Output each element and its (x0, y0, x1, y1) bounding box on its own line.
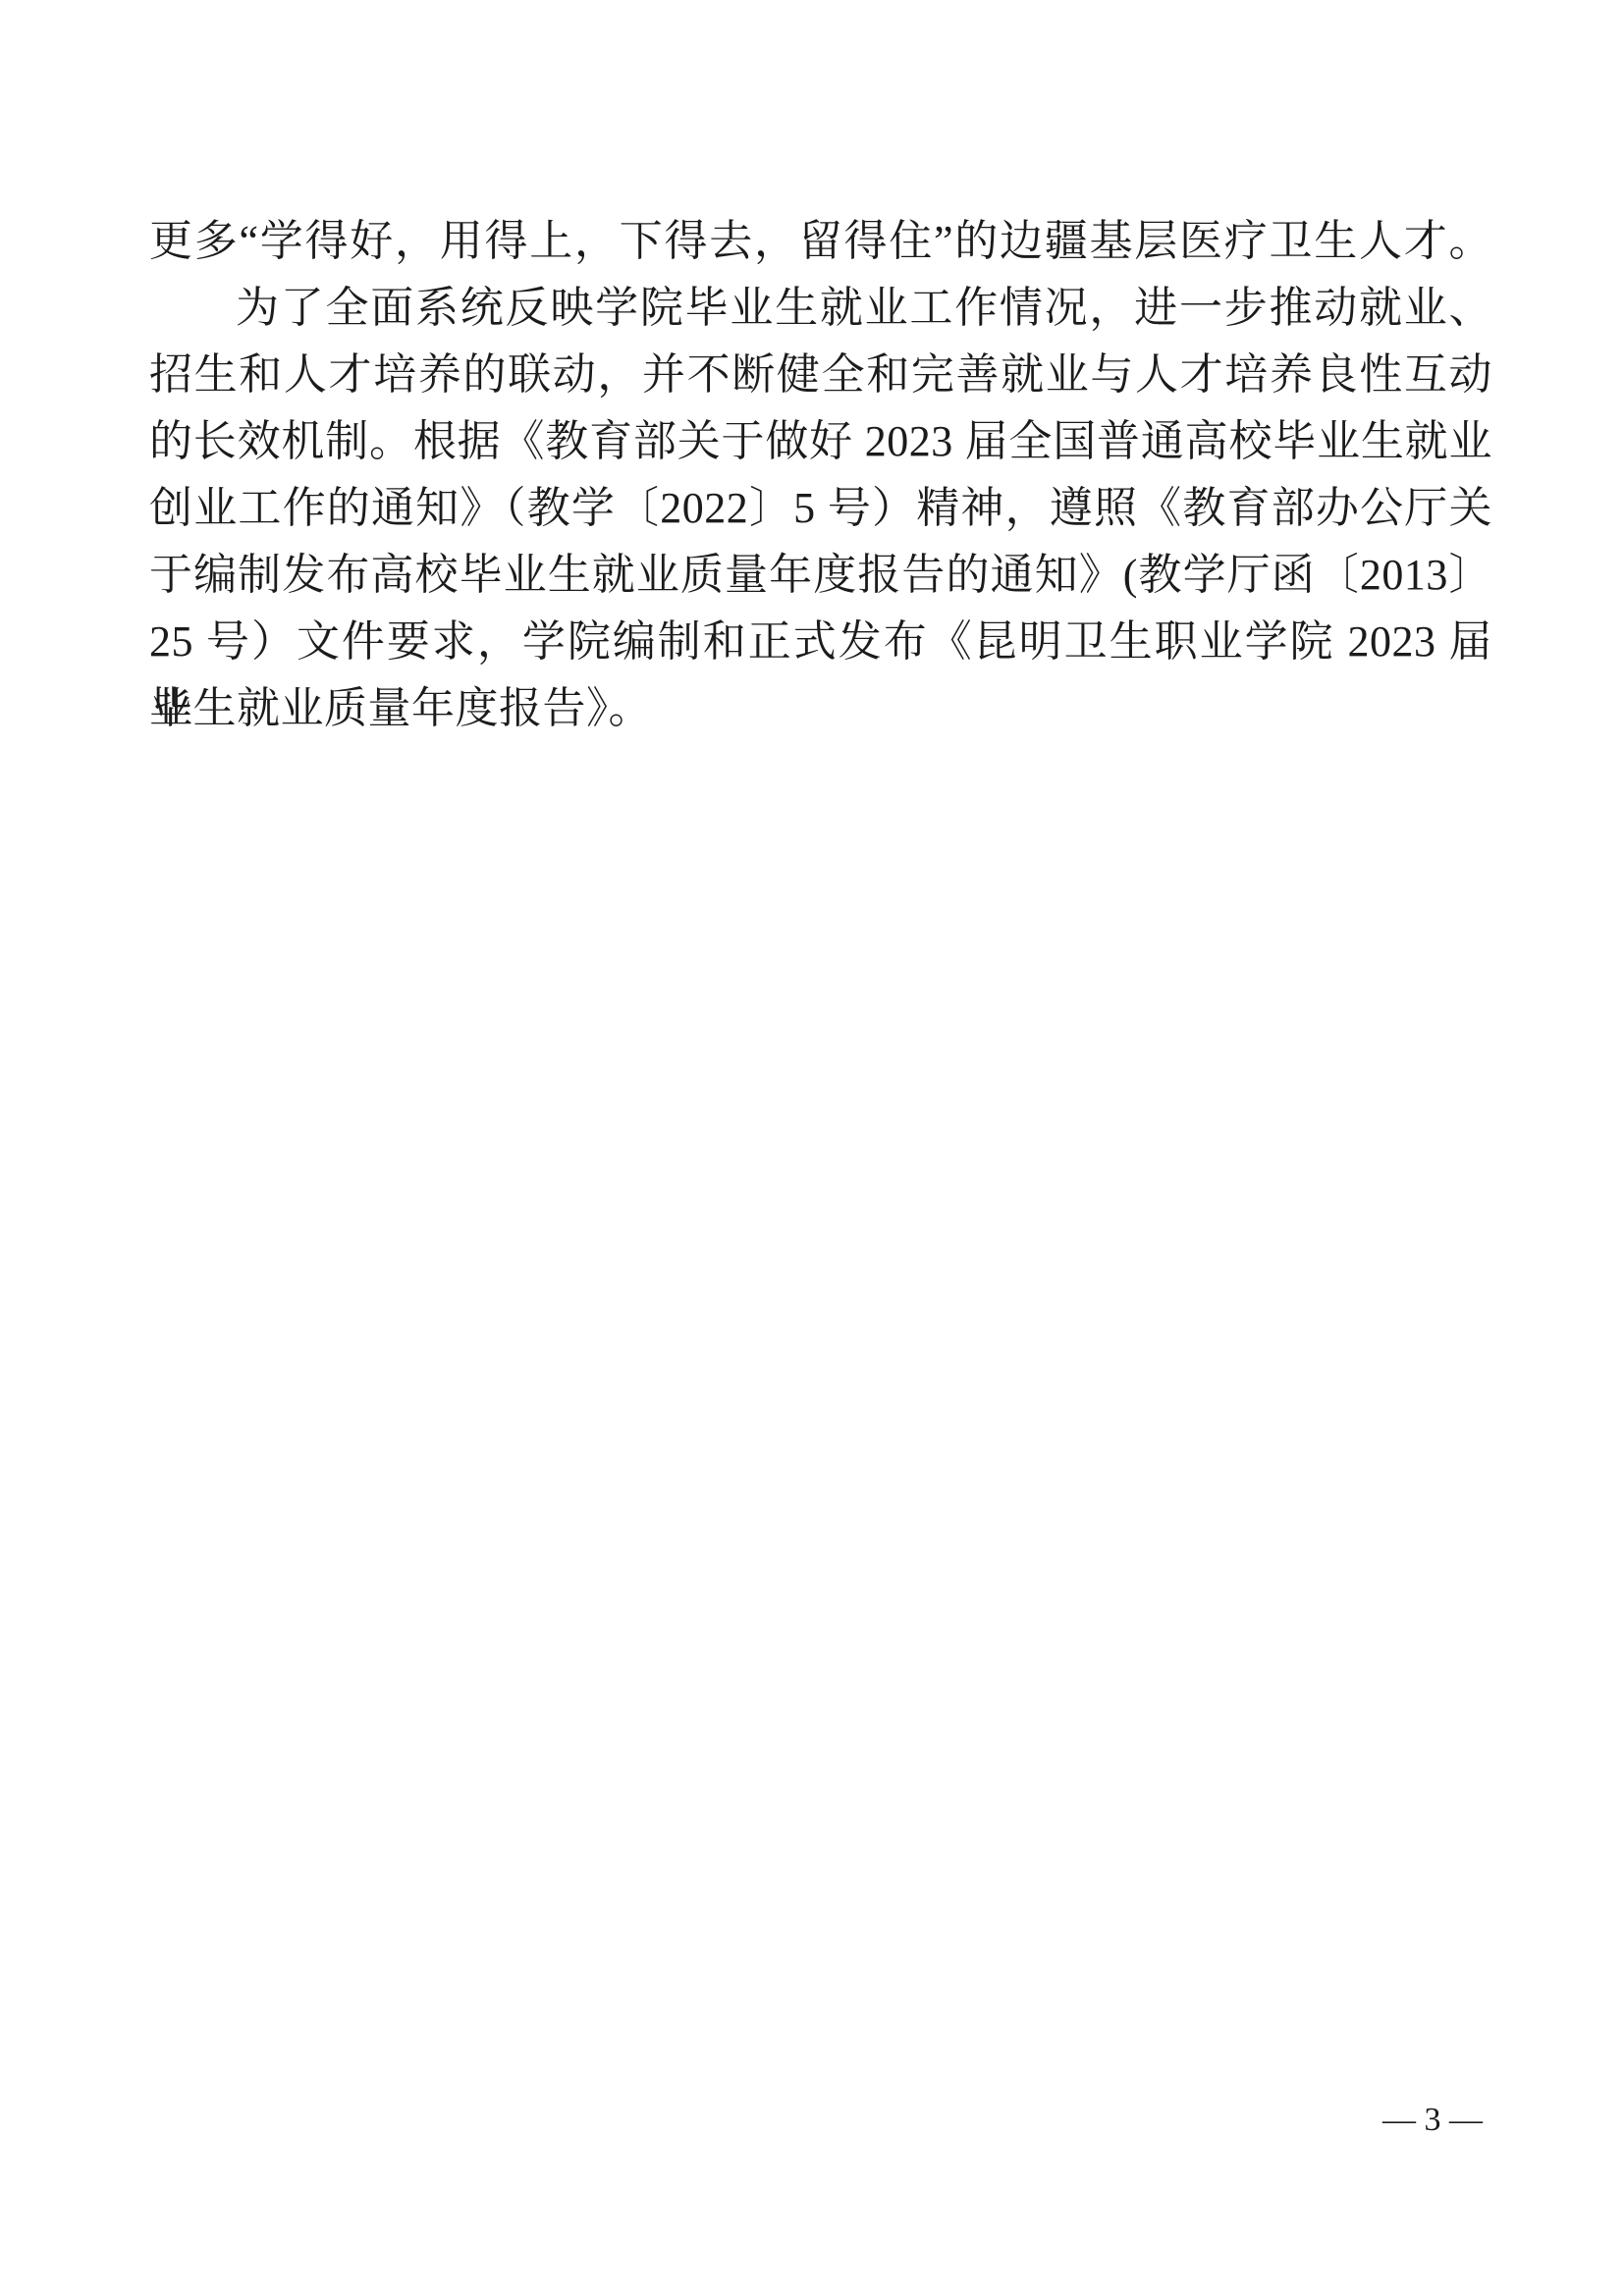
body-line-6: 于编制发布高校毕业生就业质量年度报告的通知》(教学厅函〔2013〕 (149, 542, 1492, 609)
document-page: 更多“学得好，用得上，下得去，留得住”的边疆基层医疗卫生人才。 为了全面系统反映… (0, 0, 1624, 2296)
document-body: 更多“学得好，用得上，下得去，留得住”的边疆基层医疗卫生人才。 为了全面系统反映… (149, 208, 1492, 742)
page-number: — 3 — (1382, 2102, 1483, 2138)
body-line-3: 招生和人才培养的联动，并不断健全和完善就业与人才培养良性互动 (149, 342, 1492, 408)
page-footer: — 3 — (1382, 2101, 1483, 2140)
body-line-7: 25 号）文件要求，学院编制和正式发布《昆明卫生职业学院 2023 届毕 (149, 609, 1492, 675)
body-line-4: 的长效机制。根据《教育部关于做好 2023 届全国普通高校毕业生就业 (149, 408, 1492, 475)
body-line-1: 更多“学得好，用得上，下得去，留得住”的边疆基层医疗卫生人才。 (149, 208, 1492, 275)
body-line-5: 创业工作的通知》（教学〔2022〕5 号）精神，遵照《教育部办公厅关 (149, 475, 1492, 542)
body-line-8: 业生就业质量年度报告》。 (149, 675, 1492, 742)
body-line-2: 为了全面系统反映学院毕业生就业工作情况，进一步推动就业、 (149, 275, 1492, 342)
